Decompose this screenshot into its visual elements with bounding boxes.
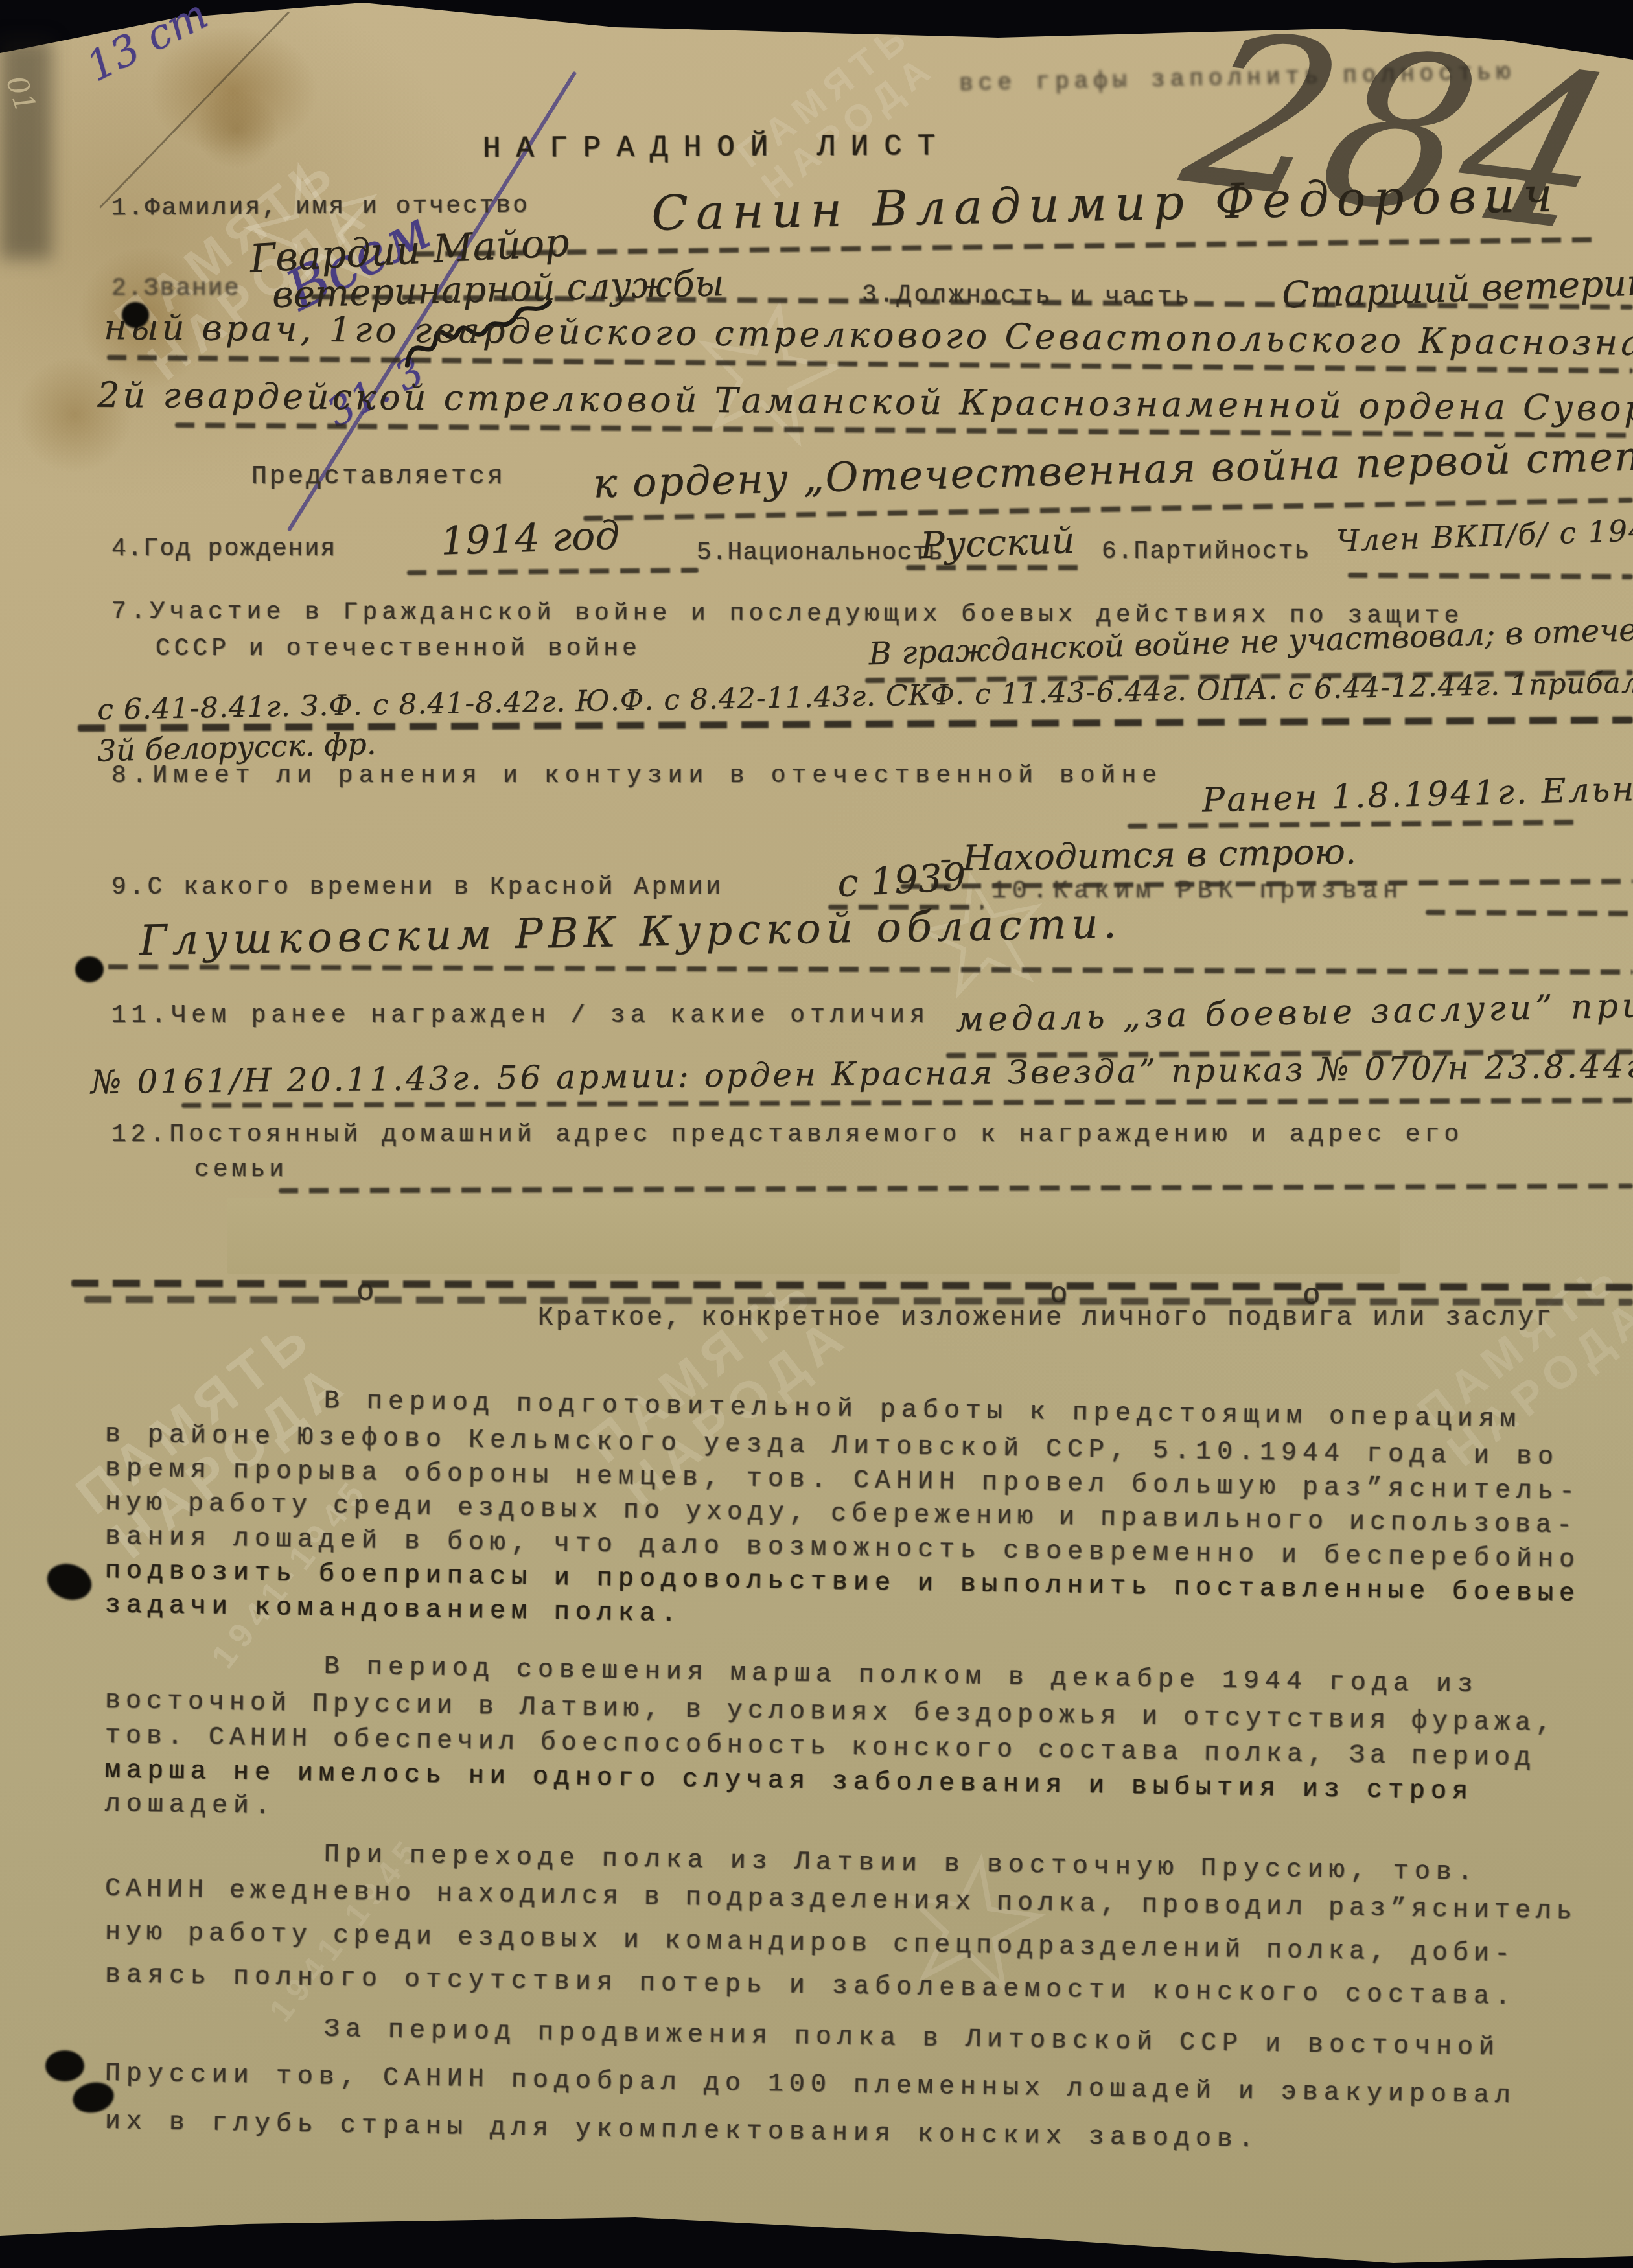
dashed-underline <box>906 565 1087 570</box>
edge-shadow <box>0 39 52 259</box>
field1-label: 1.Фамилия, имя и отчество <box>111 192 529 223</box>
field7-label-line2: СССР и отечественной войне <box>156 635 641 663</box>
field9-value: с 1939 <box>836 855 967 905</box>
punch-hole <box>122 302 149 328</box>
field5-value: Русский <box>920 520 1076 567</box>
punch-hole <box>75 956 104 982</box>
field4-label: 4.Год рождения <box>111 535 336 563</box>
field11-label: 11.Чем ранее награжден / за какие отличи… <box>111 1002 930 1030</box>
field8-label: 8.Имеет ли ранения и контузии в отечеств… <box>111 762 1163 790</box>
field5-label: 5.Национальность <box>697 539 944 567</box>
watermark-star-icon: ☆ <box>874 1804 1071 2044</box>
dashed-underline <box>1426 910 1633 916</box>
field9-label: 9.С какого времени в Красной Армии <box>111 874 724 901</box>
field8-value-line2: - Находится в строю. <box>939 831 1356 879</box>
divider-loop-mark: o <box>356 1275 375 1309</box>
document-title: НАГРАДНОЙ ЛИСТ <box>483 130 951 166</box>
field12-label-line2: семьи <box>194 1156 288 1184</box>
ink-blot <box>45 2050 84 2081</box>
presented-label: Представляется <box>251 463 505 492</box>
field4-value: 1914 год <box>440 513 621 564</box>
scanned-award-sheet: ПАМЯТЬ НАРОДА ☆ ☆ ПАМЯТЬ НАРОДА ☆ ПАМЯТЬ… <box>0 0 1633 2268</box>
field3-label: 3.Должность и часть <box>862 281 1192 312</box>
body-line: лошадей. <box>105 1790 277 1822</box>
summary-heading: Краткое, конкретное изложение личного по… <box>538 1304 1554 1333</box>
field6-label: 6.Партийность <box>1102 538 1310 566</box>
field2-label: 2.Звание <box>111 275 240 303</box>
field12-label-line1: 12.Постоянный домашний адрес представляе… <box>111 1121 1463 1149</box>
redacted-address-box <box>227 1198 1400 1274</box>
